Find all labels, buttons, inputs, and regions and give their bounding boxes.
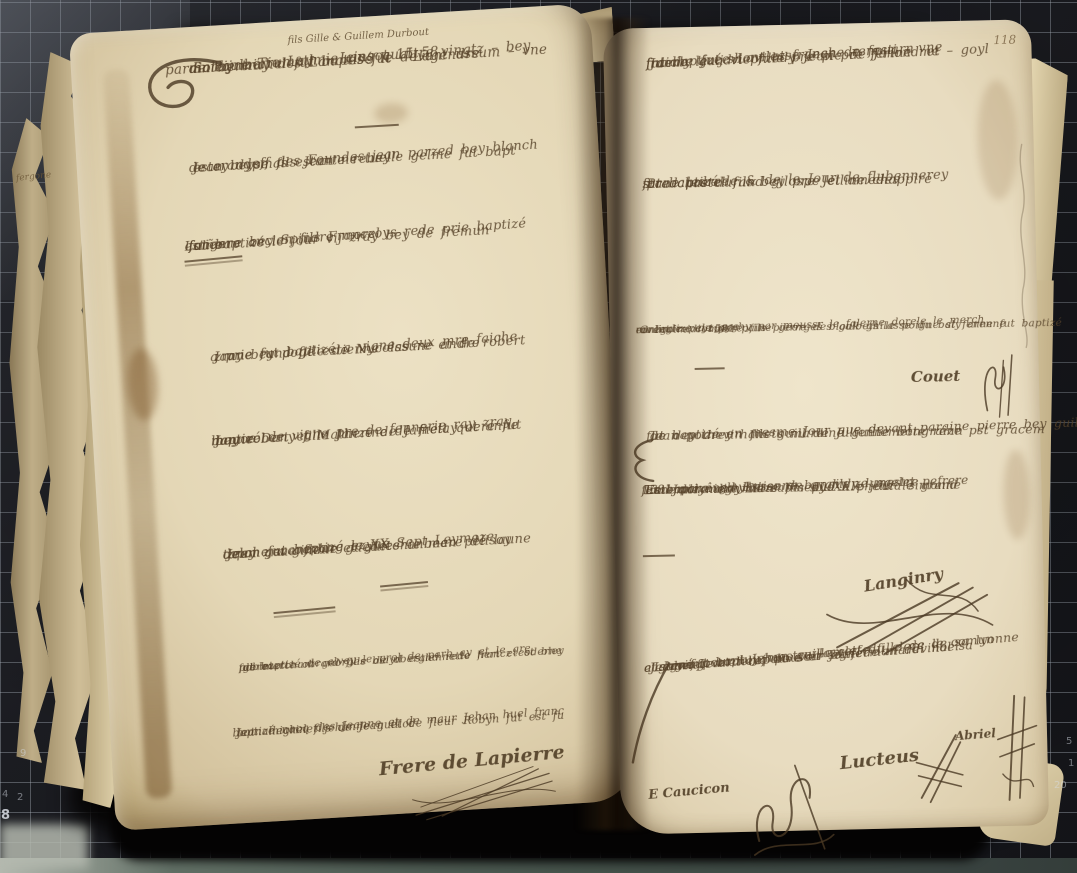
mat-ruler-number: 2: [17, 792, 23, 803]
underline-mark: [695, 367, 725, 370]
handwritten-line: marayne Trumeth – Langot 15 58: [188, 42, 439, 80]
page-gutter-shadow: [576, 18, 650, 830]
handwritten-line: de dey drey hanets maraine guillemette r…: [650, 421, 963, 446]
paraph-flourish: [988, 681, 1043, 814]
strikethrough-mark: [273, 606, 335, 614]
stain: [1003, 449, 1031, 540]
handwritten-line: ennemie mere Estn: [645, 479, 773, 500]
signature-caucicon: E Caucicon: [648, 781, 730, 801]
mat-ruler-number: 8: [1, 808, 10, 823]
handwritten-line: mogoe: [211, 429, 257, 452]
paraph-flourish: [737, 746, 845, 860]
stain: [373, 102, 408, 124]
folio-number: 118: [993, 33, 1016, 48]
handwritten-line: fraiche fut shont et franche renouarn: [645, 39, 914, 76]
handwritten-line: estey dypmas estante rebey: [192, 148, 391, 179]
table-edge-strip: [0, 858, 1077, 873]
mat-ruler-number: 4: [2, 789, 8, 800]
handwritten-line: estienne bey Spindre morel —: [184, 223, 401, 258]
right-page: 118 Jamie le ij vie fille pre pie de Jan…: [603, 19, 1049, 835]
mat-ruler-number: 20: [1054, 780, 1067, 791]
mat-ruler-number: 5: [1066, 736, 1072, 747]
handwritten-line: stane ledree: [642, 171, 730, 195]
left-page: fils Gille & Guillem Durbout Soleij mich…: [69, 3, 637, 831]
handwritten-line: poblet: [238, 659, 274, 676]
mat-ruler-number: 1: [1068, 758, 1074, 769]
manuscript-photo-scene: fergone fils Gille & Guillem Durbout Sol…: [0, 0, 1077, 873]
strikethrough-mark: [380, 581, 428, 588]
handwritten-line: de marchant georges blayd estiennette he…: [242, 644, 562, 676]
handwritten-line: bot allegrinet jehanne guillot: [236, 716, 414, 742]
handwritten-line: ronlinde peyzgace: [636, 319, 740, 339]
signature-couet: Couet: [911, 369, 961, 385]
underline-mark: [355, 124, 399, 129]
stain-strip: [103, 69, 172, 799]
mat-ruler-number: 9: [20, 748, 26, 759]
mat-corner-highlight: [0, 824, 88, 868]
